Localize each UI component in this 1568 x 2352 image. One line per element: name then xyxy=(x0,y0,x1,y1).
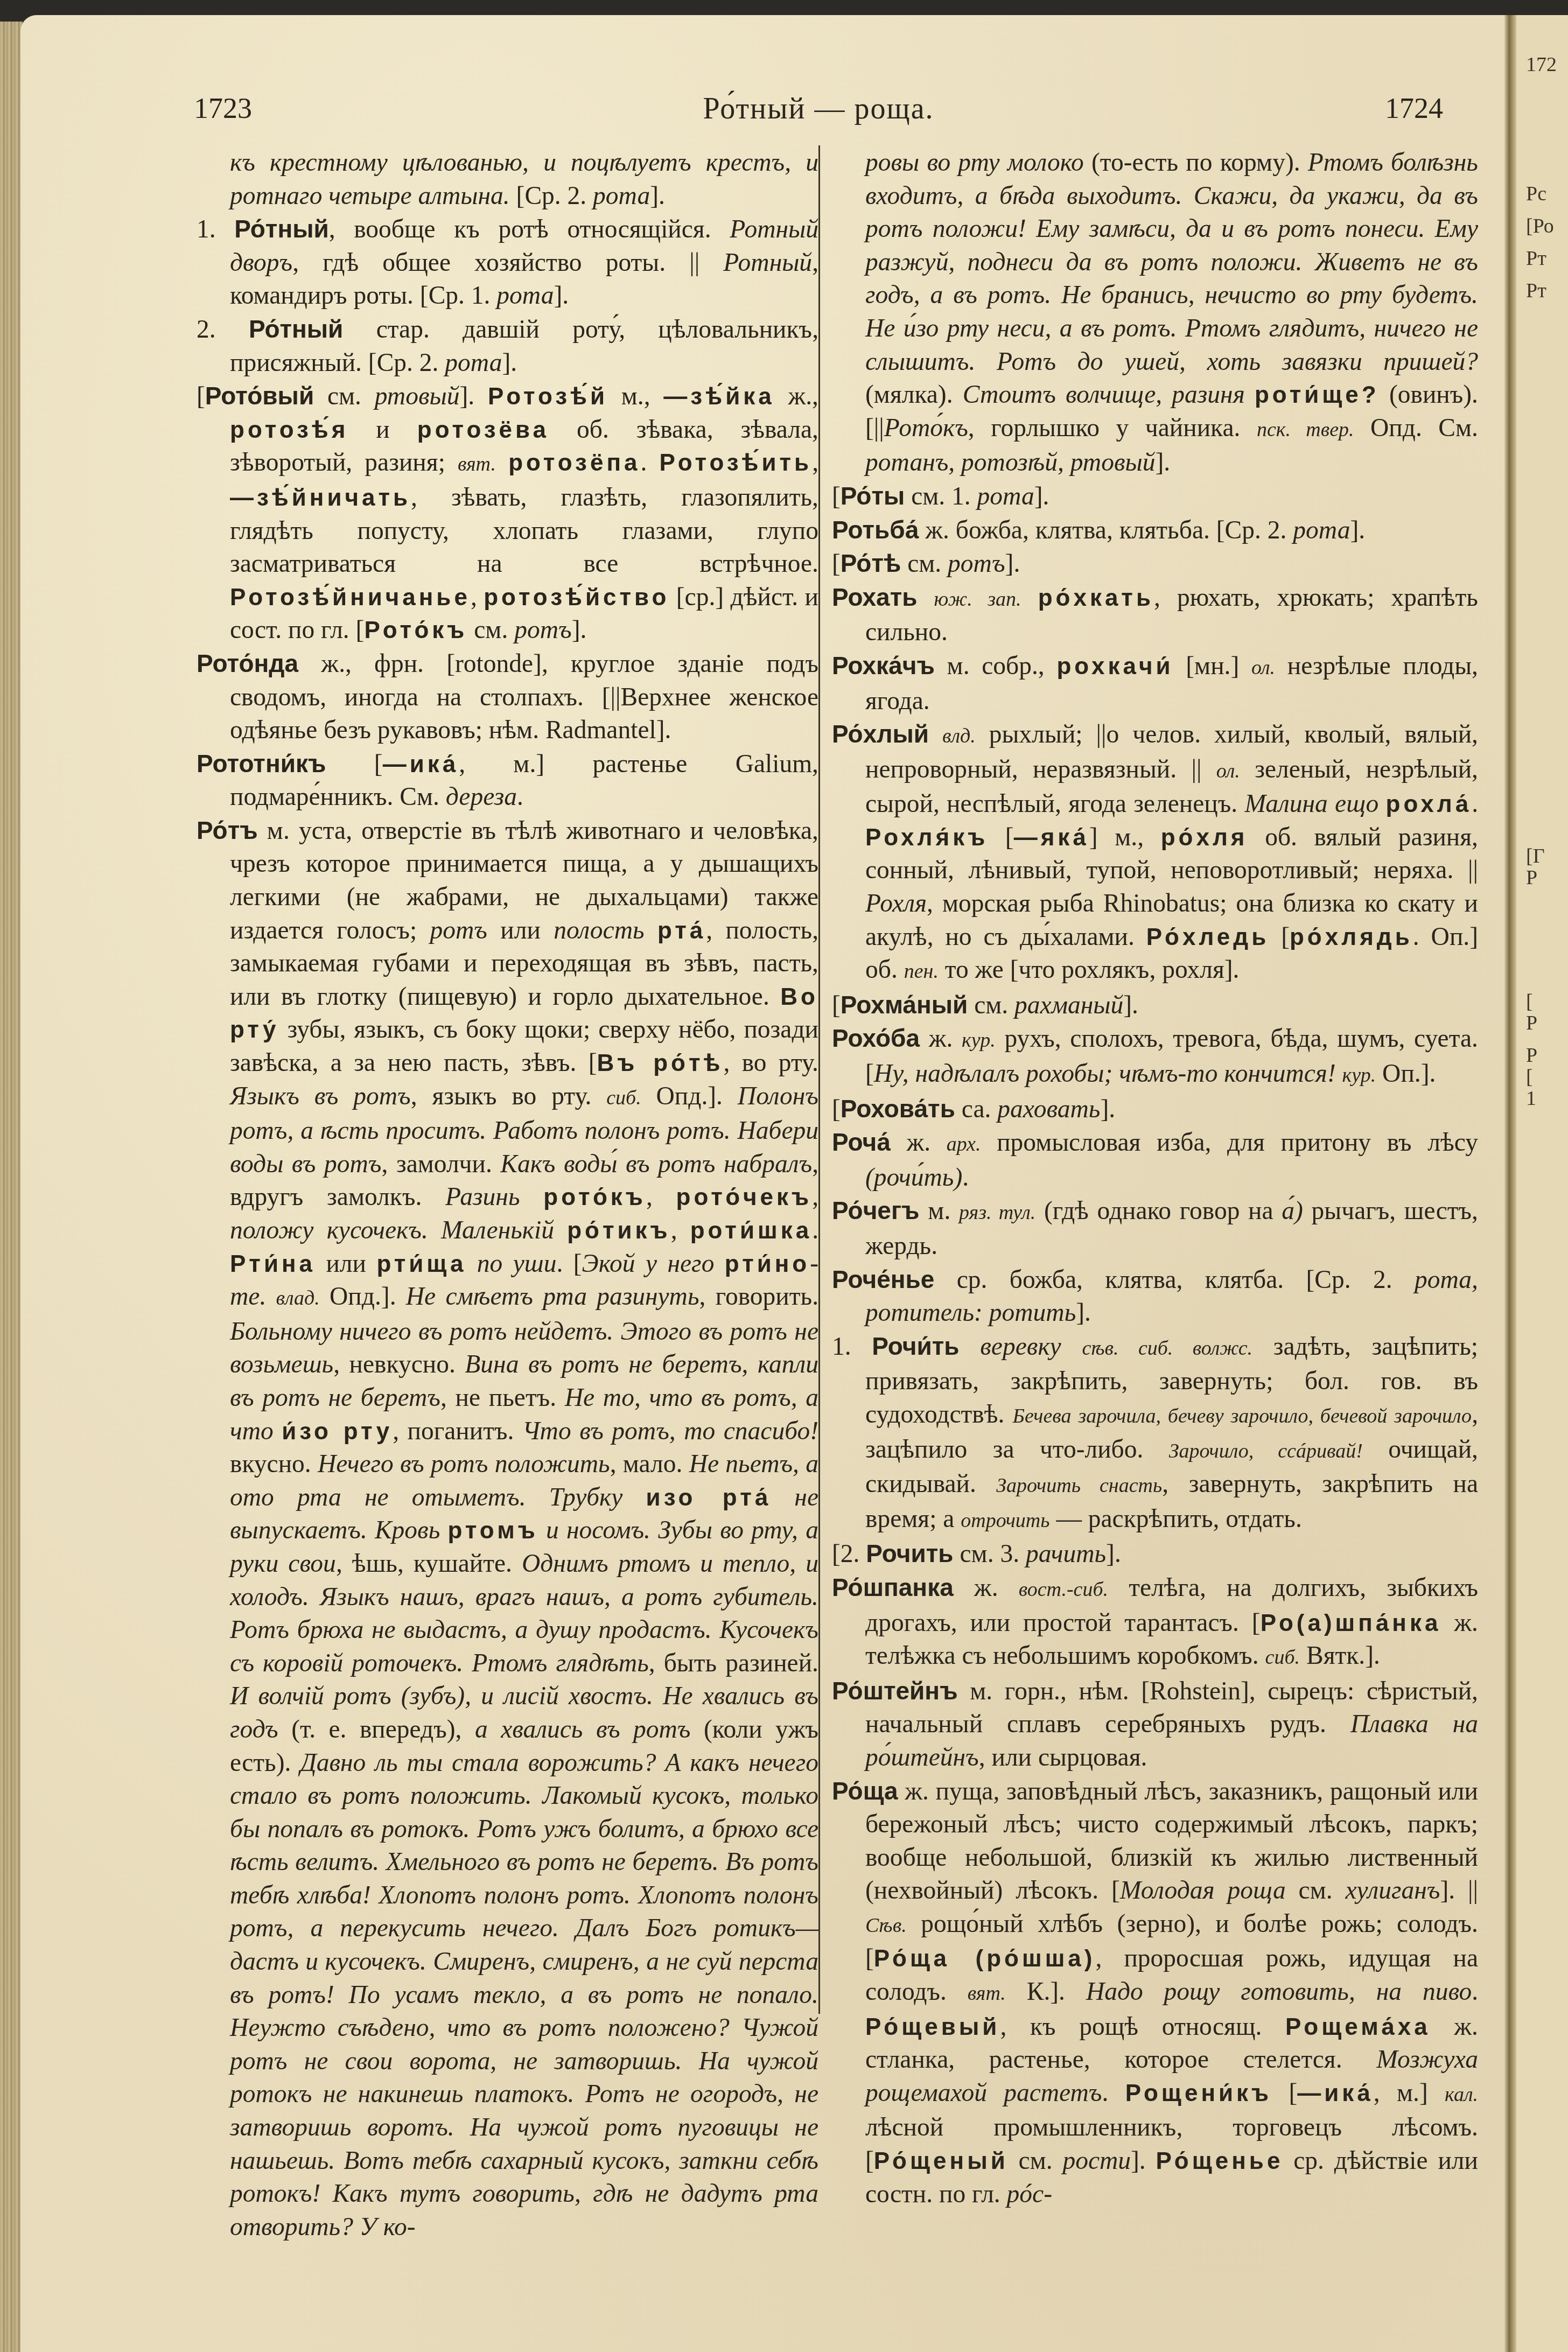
text: [ xyxy=(832,1095,841,1123)
adjacent-page-fragment: 1 xyxy=(1526,1087,1536,1110)
headword: рти́но xyxy=(725,1251,810,1277)
adjacent-page-fragment: Р xyxy=(1526,1011,1537,1035)
text xyxy=(960,1333,981,1361)
dictionary-entry-roshcha: Ро́ща ж. пуща, заповѣдный лѣсъ, заказник… xyxy=(832,1775,1478,2211)
dictionary-entry-rochit-1: 1. Рочи́ть веревку сѣв. сиб. волжс. задѣ… xyxy=(832,1330,1478,1538)
text: ж., фрн. [rotonde], круглое зданіе подъ … xyxy=(230,650,818,744)
dictionary-entry-rokhat: Рохать юж. зап. ро́хкать, рюхать, хрюкат… xyxy=(832,581,1478,649)
text: ]. xyxy=(1034,482,1049,510)
headword: Ротозѣ́ить xyxy=(659,450,812,476)
headword: рото́чекъ xyxy=(676,1184,813,1210)
headword: Ро́штейнъ xyxy=(832,1677,958,1705)
text: , замолчи. xyxy=(381,1150,500,1178)
text: см. xyxy=(314,382,375,410)
dictionary-entry-rototnik: Рототни́къ [—ика́, м.] растенье Galium, … xyxy=(197,747,818,814)
headword: Рощема́ха xyxy=(1285,2014,1431,2040)
italic-text: влад. xyxy=(276,1287,320,1310)
italic-text: ротъ xyxy=(948,550,1005,578)
italic-text: а́) xyxy=(1282,1197,1303,1225)
dictionary-entry-roty: [Ро́ты см. 1. рота]. xyxy=(832,480,1478,514)
italic-text: пск. твер. xyxy=(1257,418,1354,441)
text: , или сырцовая. xyxy=(979,1744,1147,1772)
italic-text: Ну, надѣлалъ рохобы; чѣмъ-то кончится! xyxy=(874,1060,1336,1088)
text: ж., xyxy=(775,382,818,410)
headword: Ро́тѣ xyxy=(841,549,901,577)
italic-text: рота xyxy=(445,349,502,377)
text: . xyxy=(1102,2079,1125,2107)
text: , гдѣ общее хозяйство роты. || xyxy=(292,249,723,277)
italic-text: Что въ ротъ, то спасибо! xyxy=(522,1417,818,1445)
text: , xyxy=(471,583,484,611)
italic-text: рости xyxy=(1062,2147,1131,2175)
italic-text: кур. xyxy=(1342,1064,1376,1087)
text: ср. божба, клятва, клятба. [Ср. 2. xyxy=(934,1266,1415,1294)
headword: Ро́чегъ xyxy=(832,1196,920,1224)
dictionary-entry-rokhmany: [Рохма́ный см. рахманый]. xyxy=(832,989,1478,1023)
italic-text: рахманый xyxy=(1014,991,1123,1019)
italic-text: Молодая роща xyxy=(1120,1877,1286,1905)
text: см. xyxy=(1286,1877,1346,1905)
text: . xyxy=(517,783,523,811)
italic-text: Нечего въ ротъ положить xyxy=(318,1450,610,1478)
headword: ро́тикъ xyxy=(567,1217,670,1244)
text: Вятк.]. xyxy=(1300,1642,1380,1670)
text: , не пьетъ. xyxy=(440,1384,565,1412)
headword: Ро́хледь xyxy=(1146,924,1269,950)
italic-text: ол. xyxy=(1216,760,1240,782)
text: , невкусно. xyxy=(333,1350,465,1378)
headword: Рощени́къ xyxy=(1125,2080,1272,2106)
text: , xyxy=(812,1183,818,1211)
italic-text: полость xyxy=(554,916,644,944)
adjacent-page-fragment: Рт xyxy=(1526,279,1546,303)
text: то же [что рохлякъ, рохля]. xyxy=(939,956,1240,984)
italic-text: арх. xyxy=(947,1133,981,1156)
book-gutter xyxy=(1504,15,1516,2352)
text: , говорить. xyxy=(699,1283,819,1311)
headword: Рочить xyxy=(866,1539,953,1567)
text xyxy=(1378,790,1385,818)
headword: Рохать xyxy=(832,583,917,611)
dictionary-entry-rochenye: Роче́нье ср. божба, клятва, клятба. [Ср.… xyxy=(832,1263,1478,1330)
dictionary-entry-rotny-2: 2. Ро́тный стар. давшій роту́, цѣловальн… xyxy=(197,313,818,380)
text: ]. xyxy=(1076,1299,1091,1327)
right-column: ровы во рту молоко (то-есть по корму). Р… xyxy=(832,146,1478,2211)
headword: ртомъ xyxy=(448,1517,538,1544)
italic-text: рота xyxy=(977,482,1034,510)
headword: Ро́тный xyxy=(234,215,329,243)
headword: Ро́щеный xyxy=(874,2148,1009,2174)
italic-text: влд. xyxy=(942,725,976,747)
headword: Рохка́чъ xyxy=(832,652,935,680)
text xyxy=(440,1516,447,1544)
page-header: 1723 Ро́тный — роща. 1724 xyxy=(194,92,1443,129)
headword: Рото́къ xyxy=(364,617,467,643)
text: , xyxy=(646,1183,676,1211)
italic-text: кур. xyxy=(962,1029,996,1052)
headword: Рочи́ть xyxy=(872,1332,959,1360)
text: [2. xyxy=(832,1540,866,1568)
headword: рти́ща xyxy=(376,1251,466,1277)
dictionary-entry-rotny-1: 1. Ро́тный, вообще къ ротѣ относящійся. … xyxy=(197,213,818,313)
text: [ xyxy=(832,482,841,510)
italic-text: кал. xyxy=(1445,2083,1478,2106)
text: , м.] xyxy=(1374,2079,1445,2107)
dictionary-entry-rokhkach: Рохка́чъ м. собр., рохкачи́ [мн.] ол. не… xyxy=(832,649,1478,718)
headword: Рото́вый xyxy=(205,382,314,410)
headword: роти́шка xyxy=(690,1217,812,1244)
dictionary-entry-rotozey: [Рото́вый см. ртовый]. Ротозѣ́й м., —зѣ́… xyxy=(197,380,818,647)
italic-text: вят. xyxy=(458,453,496,475)
headword: Ро́тный xyxy=(249,315,344,343)
italic-text: рота xyxy=(593,182,650,210)
text: (мялка). xyxy=(865,381,963,409)
text: . xyxy=(640,449,659,477)
italic-text: Стоитъ волчище, разиня xyxy=(963,381,1245,409)
headword: Ро́шпанка xyxy=(832,1573,954,1601)
text xyxy=(714,1250,724,1278)
adjacent-page-strip: 172Рс[РоРтРт[ГР[РР[1 xyxy=(1516,15,1568,2352)
italic-text: Малина ещо xyxy=(1244,790,1378,818)
headword: рохла́ xyxy=(1386,791,1472,817)
text: , къ рощѣ относящ. xyxy=(1000,2013,1285,2041)
text: [мн.] xyxy=(1174,652,1251,680)
text: К.]. xyxy=(1006,1978,1086,2006)
headword: Роча́ xyxy=(832,1128,891,1156)
headword: Ро́тъ xyxy=(197,816,258,844)
text: . xyxy=(1472,1978,1478,2006)
headword: Ротозѣ́йничанье xyxy=(230,584,471,611)
text: , xyxy=(671,1216,690,1244)
text xyxy=(1245,381,1255,409)
dictionary-entry-rot: Ро́тъ м. уста, отверстіе въ тѣлѣ животна… xyxy=(197,814,818,2244)
adjacent-page-fragment: Р xyxy=(1526,1044,1537,1067)
text: ]. xyxy=(554,282,569,310)
text xyxy=(1336,1060,1342,1088)
text: [ xyxy=(1272,2079,1297,2107)
text: [ xyxy=(832,550,841,578)
headword: Ро́ща xyxy=(832,1777,898,1805)
italic-text: рóс- xyxy=(1007,2180,1052,2208)
italic-text: Языкъ въ ротъ xyxy=(230,1082,411,1110)
headword: Ро́щенье xyxy=(1156,2148,1284,2174)
headword: —ика́ xyxy=(1297,2080,1374,2106)
text: , языкъ во рту. xyxy=(411,1082,607,1110)
headword: Рти́на xyxy=(230,1251,316,1277)
text: (то-есть по корму). xyxy=(1084,149,1308,177)
headword: Рохо́ба xyxy=(832,1024,920,1052)
text: Опд.]. xyxy=(641,1082,738,1110)
italic-text: Давно ль ты стала ворожить? А какъ нечег… xyxy=(230,1749,818,2241)
italic-text: те. xyxy=(230,1283,266,1311)
italic-text: ртовый xyxy=(375,382,460,410)
headword: ротозёпа xyxy=(508,450,640,476)
text: ]. xyxy=(1131,2147,1156,2175)
text: , поганитъ. xyxy=(393,1417,522,1445)
text: (гдѣ однако говор на xyxy=(1035,1197,1282,1225)
text: ж. xyxy=(954,1574,1019,1602)
headword: Рото́нда xyxy=(197,649,298,677)
dictionary-entry-rotonda: Рото́нда ж., фрн. [rotonde], круглое зда… xyxy=(197,647,818,747)
italic-text: отрочить xyxy=(961,1509,1049,1532)
headword: Ротьба́ xyxy=(832,516,919,544)
text: , во рту. xyxy=(723,1049,818,1077)
dictionary-entry-rocha: Роча́ ж. арх. промысловая изба, для прит… xyxy=(832,1126,1478,1194)
text: м., xyxy=(608,382,663,410)
text xyxy=(771,1483,794,1511)
text: см. xyxy=(1009,2147,1063,2175)
italic-text: веревку xyxy=(980,1333,1061,1361)
italic-text: положу кусочекъ. Маленькій xyxy=(230,1216,554,1244)
headword: Рохова́ть xyxy=(841,1095,955,1123)
text: ж. xyxy=(891,1129,947,1157)
text: , быть разиней. xyxy=(649,1649,818,1677)
column-divider xyxy=(818,145,820,2014)
italic-text: Надо рощу готовить, на пиво xyxy=(1086,1978,1472,2006)
text: (т. е. впередъ), xyxy=(278,1716,475,1744)
italic-text: Не смѣетъ рта разинуть xyxy=(406,1283,699,1311)
headword: и́зо рту xyxy=(282,1418,393,1445)
italic-text: Зарочить снасть xyxy=(996,1474,1162,1497)
dictionary-entry-cont: къ крестному цѣлованью, и поцѣлуетъ крес… xyxy=(197,146,818,213)
dictionary-entry-rocheg: Ро́чегъ м. ряз. тул. (гдѣ однако говор н… xyxy=(832,1194,1478,1263)
italic-text: (рочи́ть) xyxy=(865,1164,962,1192)
headword: Ро́хлый xyxy=(832,720,929,748)
text: ] м., xyxy=(1089,823,1161,851)
text: . xyxy=(962,1164,969,1192)
text: ]. || xyxy=(1440,1877,1478,1905)
adjacent-page-fragment: [Г xyxy=(1526,844,1545,868)
text: см. 1. xyxy=(905,482,977,510)
text: ]. xyxy=(1350,516,1365,544)
italic-text: ровы во рту молоко xyxy=(865,149,1084,177)
text: см. xyxy=(968,991,1014,1019)
text: промысловая изба, для притону въ лѣсу xyxy=(981,1129,1478,1157)
headword: —зѣ́йничать xyxy=(230,485,411,511)
page-edges xyxy=(0,22,23,2352)
text xyxy=(1061,1333,1082,1361)
text: . xyxy=(812,1216,818,1244)
dictionary-entry-roshteyn: Ро́штейнъ м. горн., нѣм. [Rohstein], сыр… xyxy=(832,1675,1478,1775)
italic-text: Рохля xyxy=(865,890,927,918)
text: ]. xyxy=(1005,550,1020,578)
page-number-right: 1724 xyxy=(1385,92,1443,125)
headword: Ротозѣ́й xyxy=(488,383,608,410)
text: вкусно. xyxy=(230,1450,318,1478)
text: или xyxy=(316,1250,376,1278)
adjacent-page-fragment: [Ро xyxy=(1526,214,1554,238)
headword: рта́ xyxy=(657,918,706,944)
italic-text: сиб. xyxy=(1265,1646,1300,1669)
adjacent-page-fragment: Р xyxy=(1526,866,1537,890)
text: ж. xyxy=(920,1025,962,1053)
italic-text: сиб. xyxy=(606,1087,641,1109)
italic-text: вят. xyxy=(968,1982,1006,2005)
italic-text: раховать xyxy=(997,1095,1100,1123)
text: [ xyxy=(988,823,1013,851)
dictionary-entry-rochit-2: [2. Рочить см. 3. рачить]. xyxy=(832,1537,1478,1571)
left-column: къ крестному цѣлованью, и поцѣлуетъ крес… xyxy=(197,146,818,2244)
headword: ро́хкать xyxy=(1038,585,1154,611)
text: м. собр., xyxy=(935,652,1057,680)
adjacent-page-fragment: [ xyxy=(1526,1065,1533,1089)
headword: ротозёва xyxy=(417,417,549,443)
italic-text: а хвались въ ротъ xyxy=(475,1716,691,1744)
italic-text: Рото́къ xyxy=(884,414,968,442)
italic-text: Сѣв. xyxy=(865,1914,907,1937)
text: , горлышко у чайника. xyxy=(968,414,1257,442)
text xyxy=(645,916,657,944)
text: 1. xyxy=(832,1333,872,1361)
text xyxy=(929,720,942,748)
headword: ро́хля xyxy=(1161,824,1248,851)
italic-text: рачить xyxy=(1026,1540,1106,1568)
dictionary-entry-rotba: Ротьба́ ж. божба, клятва, клятьба. [Ср. … xyxy=(832,514,1478,548)
italic-text: ряз. тул. xyxy=(959,1201,1035,1224)
text: и xyxy=(348,416,417,444)
italic-text: ол. xyxy=(1251,656,1275,679)
text: ]. xyxy=(1155,449,1170,477)
text: са. xyxy=(955,1095,997,1123)
headword: роти́ще? xyxy=(1255,382,1380,408)
headword: —зѣ́йка xyxy=(663,383,774,410)
text: или xyxy=(487,916,554,944)
headword: ротозѣ́йство xyxy=(484,584,669,611)
headword: ро́хлядь xyxy=(1290,924,1413,950)
italic-text: по уши xyxy=(477,1250,557,1278)
text xyxy=(466,1250,477,1278)
headword: Ро́ща (ро́шша) xyxy=(874,1945,1096,1972)
text: , вообще къ ротѣ относящійся. xyxy=(329,215,730,243)
text xyxy=(554,1216,567,1244)
text: [ xyxy=(832,991,841,1019)
text: Опд.]. xyxy=(320,1283,406,1311)
text xyxy=(496,449,508,477)
text xyxy=(274,1417,282,1445)
italic-text: Разинь xyxy=(445,1183,520,1211)
italic-text: пен. xyxy=(904,960,939,983)
italic-text: хулиганъ xyxy=(1346,1877,1440,1905)
adjacent-page-fragment: Рс xyxy=(1526,182,1546,206)
italic-text: Ртомъ болѣзнь входитъ, а бѣда выходитъ. … xyxy=(865,149,1478,376)
headword: Въ ро́тѣ xyxy=(597,1050,724,1076)
italic-text: Экой у него xyxy=(582,1250,715,1278)
headword: рохкачи́ xyxy=(1056,653,1173,680)
headword: —яка́ xyxy=(1014,824,1089,851)
headword: ротозѣ́я xyxy=(230,417,348,443)
headword: изо рта́ xyxy=(646,1485,772,1511)
italic-text: юж. зап. xyxy=(934,588,1021,611)
text xyxy=(266,1283,276,1311)
text: ]. xyxy=(572,616,587,644)
italic-text: дереза xyxy=(446,783,517,811)
text: , мало. xyxy=(610,1450,689,1478)
text: ]. xyxy=(502,349,517,377)
text: см. xyxy=(901,550,948,578)
italic-text: Зарочило, ссáривай! xyxy=(1169,1440,1363,1462)
text xyxy=(622,1483,646,1511)
italic-text: Какъ воды́ въ ротъ набралъ xyxy=(500,1150,812,1178)
headword: Ро́ты xyxy=(841,482,905,510)
text xyxy=(1021,584,1038,612)
text: Опд. См. xyxy=(1354,414,1478,442)
text: ж. божба, клятва, клятьба. [Ср. 2. xyxy=(919,516,1293,544)
dictionary-entry-rokhovat: [Рохова́ть са. раховать]. xyxy=(832,1093,1478,1126)
italic-text: ротъ xyxy=(430,916,487,944)
text: см. xyxy=(467,616,514,644)
text: 1. xyxy=(197,215,234,243)
italic-text: ротанъ, ротозѣй, ртовый xyxy=(865,449,1155,477)
headword: —ика́ xyxy=(383,751,459,778)
headword: Рохля́къ xyxy=(865,824,988,851)
dictionary-entry-rokhoba: Рохо́ба ж. кур. рухъ, сполохъ, тревога, … xyxy=(832,1022,1478,1092)
dictionary-entry-roshpanka: Ро́шпанка ж. вост.-сиб. телѣга, на долги… xyxy=(832,1571,1478,1675)
italic-text: ротъ xyxy=(514,616,571,644)
text: — раскрѣпить, отдать. xyxy=(1050,1505,1302,1533)
headword: Рохма́ный xyxy=(841,991,968,1019)
text xyxy=(917,584,934,612)
text: ]. xyxy=(1123,991,1138,1019)
italic-text: рота xyxy=(496,282,554,310)
text xyxy=(538,1516,546,1544)
adjacent-page-fragment: 172 xyxy=(1526,53,1557,76)
text: [ xyxy=(326,750,383,778)
italic-text: рота xyxy=(1293,516,1350,544)
italic-text: Бечева зарочила, бечеву зарочило, бечево… xyxy=(1013,1405,1472,1427)
headword: рото́къ xyxy=(543,1184,646,1210)
text: [ xyxy=(1269,923,1290,951)
dictionary-entry-rot-cont: ровы во рту молоко (то-есть по корму). Р… xyxy=(832,146,1478,480)
text: ]. xyxy=(650,182,665,210)
headword: Роче́нье xyxy=(832,1265,934,1293)
headword: Рототни́къ xyxy=(197,750,326,778)
text: [Ср. 2. xyxy=(510,182,593,210)
text: ]. xyxy=(1100,1095,1115,1123)
text: ]. xyxy=(459,382,487,410)
dictionary-entry-rokhly: Ро́хлый влд. рыхлый; ||о челов. хилый, к… xyxy=(832,718,1478,989)
text: ]. xyxy=(1106,1540,1121,1568)
text: . xyxy=(1472,790,1478,818)
headword: Ро(а)шпа́нка xyxy=(1261,1610,1441,1636)
text: 2. xyxy=(197,316,249,344)
italic-text: вост.-сиб. xyxy=(1019,1578,1108,1601)
text: м. xyxy=(920,1197,959,1225)
adjacent-page-fragment: Рт xyxy=(1526,247,1546,270)
italic-text: сѣв. сиб. волжс. xyxy=(1082,1337,1252,1360)
text: , ѣшь, кушайте. xyxy=(336,1550,522,1578)
text: см. 3. xyxy=(954,1540,1026,1568)
text: , xyxy=(812,449,818,477)
running-title: Ро́тный — роща. xyxy=(194,92,1443,126)
text: . [ xyxy=(556,1250,582,1278)
headword: Ро́щевый xyxy=(865,2014,1000,2040)
adjacent-page-fragment: [ xyxy=(1526,990,1533,1013)
text: [ xyxy=(197,382,205,410)
italic-text: Ротный xyxy=(723,249,812,277)
dictionary-entry-rote: [Ро́тѣ см. ротъ]. xyxy=(832,547,1478,581)
text xyxy=(520,1183,544,1211)
text: - xyxy=(810,1250,818,1278)
text: Оп.]. xyxy=(1376,1060,1436,1088)
